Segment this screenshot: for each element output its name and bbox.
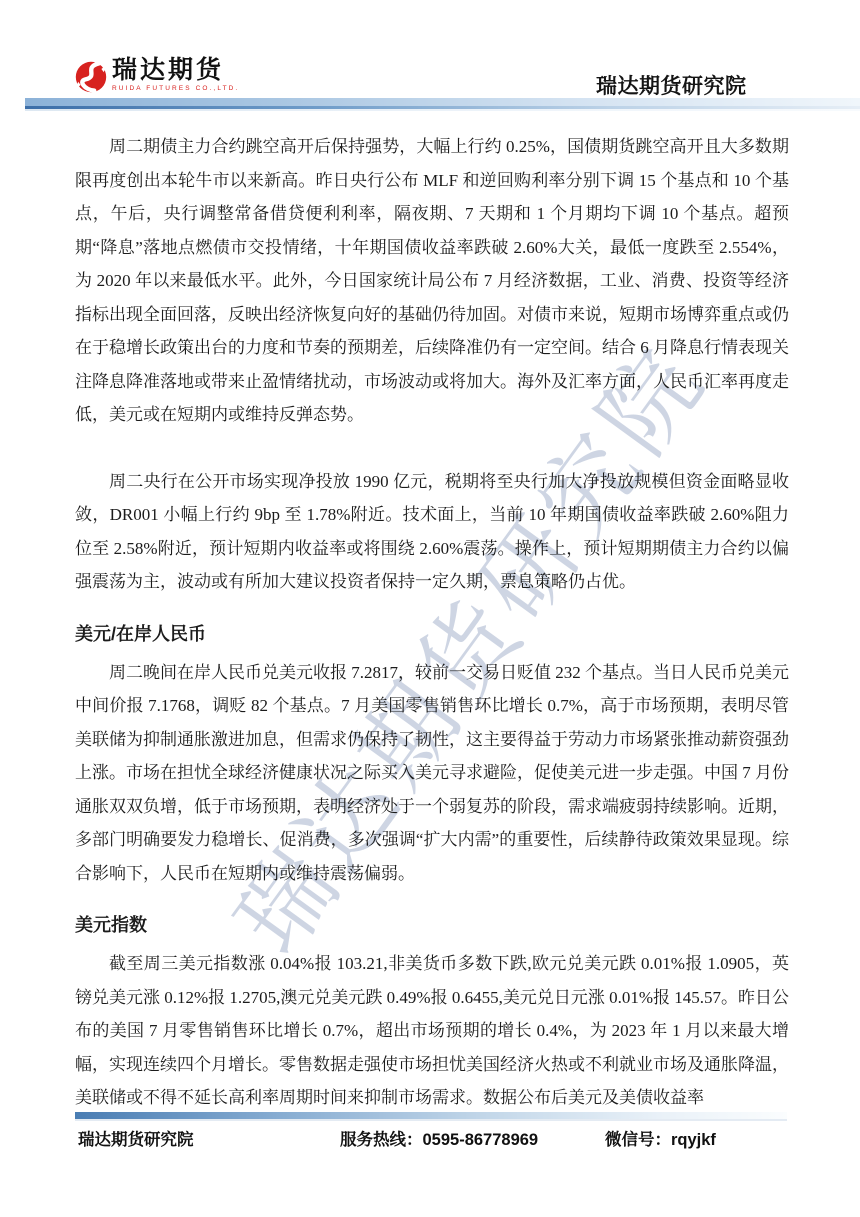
logo-text: 瑞达期货 RUIDA FUTURES CO.,LTD. (112, 56, 239, 92)
brand-name-en: RUIDA FUTURES CO.,LTD. (112, 85, 239, 92)
section-heading-usdcny: 美元/在岸人民币 (75, 621, 789, 647)
company-logo: 瑞达期货 RUIDA FUTURES CO.,LTD. (75, 56, 239, 95)
footer-wechat: 微信号：rqyjkf (605, 1126, 716, 1150)
paragraph-bond-market-review: 周二期债主力合约跳空高开后保持强势，大幅上行约 0.25%，国债期货跳空高开且大… (75, 130, 789, 432)
header-bar-bottom-band (25, 109, 860, 111)
header-institute-title: 瑞达期货研究院 (596, 70, 747, 100)
brand-name-cn: 瑞达期货 (112, 56, 239, 84)
header-divider-bar (25, 98, 860, 111)
footer-divider-bar (75, 1112, 787, 1119)
document-body: 周二期债主力合约跳空高开后保持强势，大幅上行约 0.25%，国债期货跳空高开且大… (75, 130, 789, 1115)
paragraph-usdcny-analysis: 周二晚间在岸人民币兑美元收报 7.2817，较前一交易日贬值 232 个基点。当… (75, 656, 789, 891)
paragraph-bond-market-outlook: 周二央行在公开市场实现净投放 1990 亿元，税期将至央行加大净投放规模但资金面… (75, 465, 789, 599)
paragraph-usd-index-analysis: 截至周三美元指数涨 0.04%报 103.21,非美货币多数下跌,欧元兑美元跌 … (75, 947, 789, 1115)
ruida-logo-icon (75, 59, 107, 95)
footer-institute: 瑞达期货研究院 (78, 1126, 194, 1150)
footer: 瑞达期货研究院 服务热线：0595-86778969 微信号：rqyjkf (75, 1126, 787, 1148)
section-heading-usd-index: 美元指数 (75, 912, 789, 938)
header-bar-top-band (25, 98, 860, 106)
report-page: 瑞达期货 RUIDA FUTURES CO.,LTD. 瑞达期货研究院 瑞达期货… (0, 0, 860, 1217)
footer-hotline: 服务热线：0595-86778969 (340, 1126, 538, 1150)
